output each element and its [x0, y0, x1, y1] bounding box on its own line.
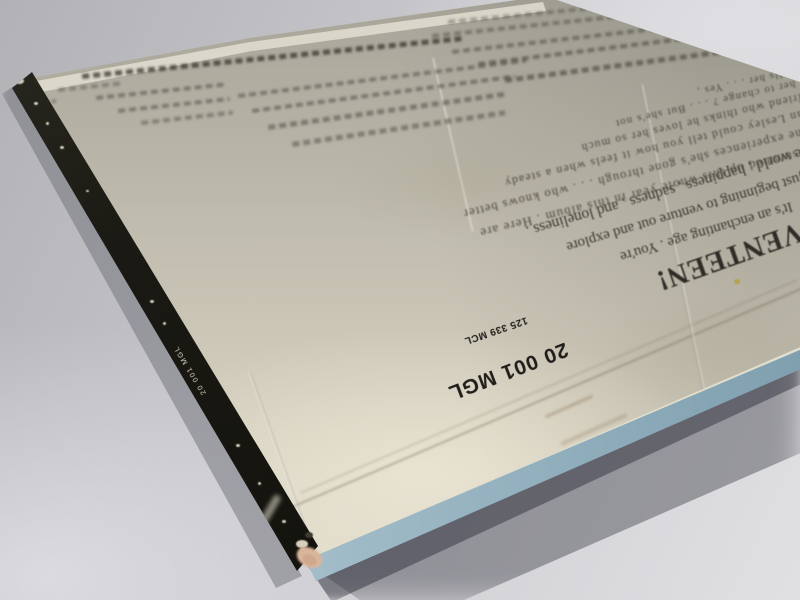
- spine-speckle: [86, 190, 89, 192]
- far-liner-text-line: [141, 111, 233, 125]
- spine-speckle: [34, 102, 38, 105]
- stain-mark: [545, 395, 594, 419]
- spine-speckle: [258, 482, 261, 485]
- spine-speckle: [46, 122, 49, 125]
- far-liner-text-line: [118, 97, 230, 113]
- stain-mark: [734, 279, 740, 284]
- spine-speckle: [236, 444, 240, 447]
- corner-spot: [305, 532, 313, 538]
- spine-speckle: [282, 520, 286, 523]
- catalog-number-sub: 125 339 MCL: [463, 314, 529, 346]
- spine-speckle: [60, 146, 64, 149]
- spine-speckle: [150, 300, 154, 303]
- spine-speckle: [163, 322, 166, 325]
- photo-of-record-sleeve: VENTEEN! It's an enchanting age . You're…: [0, 0, 800, 600]
